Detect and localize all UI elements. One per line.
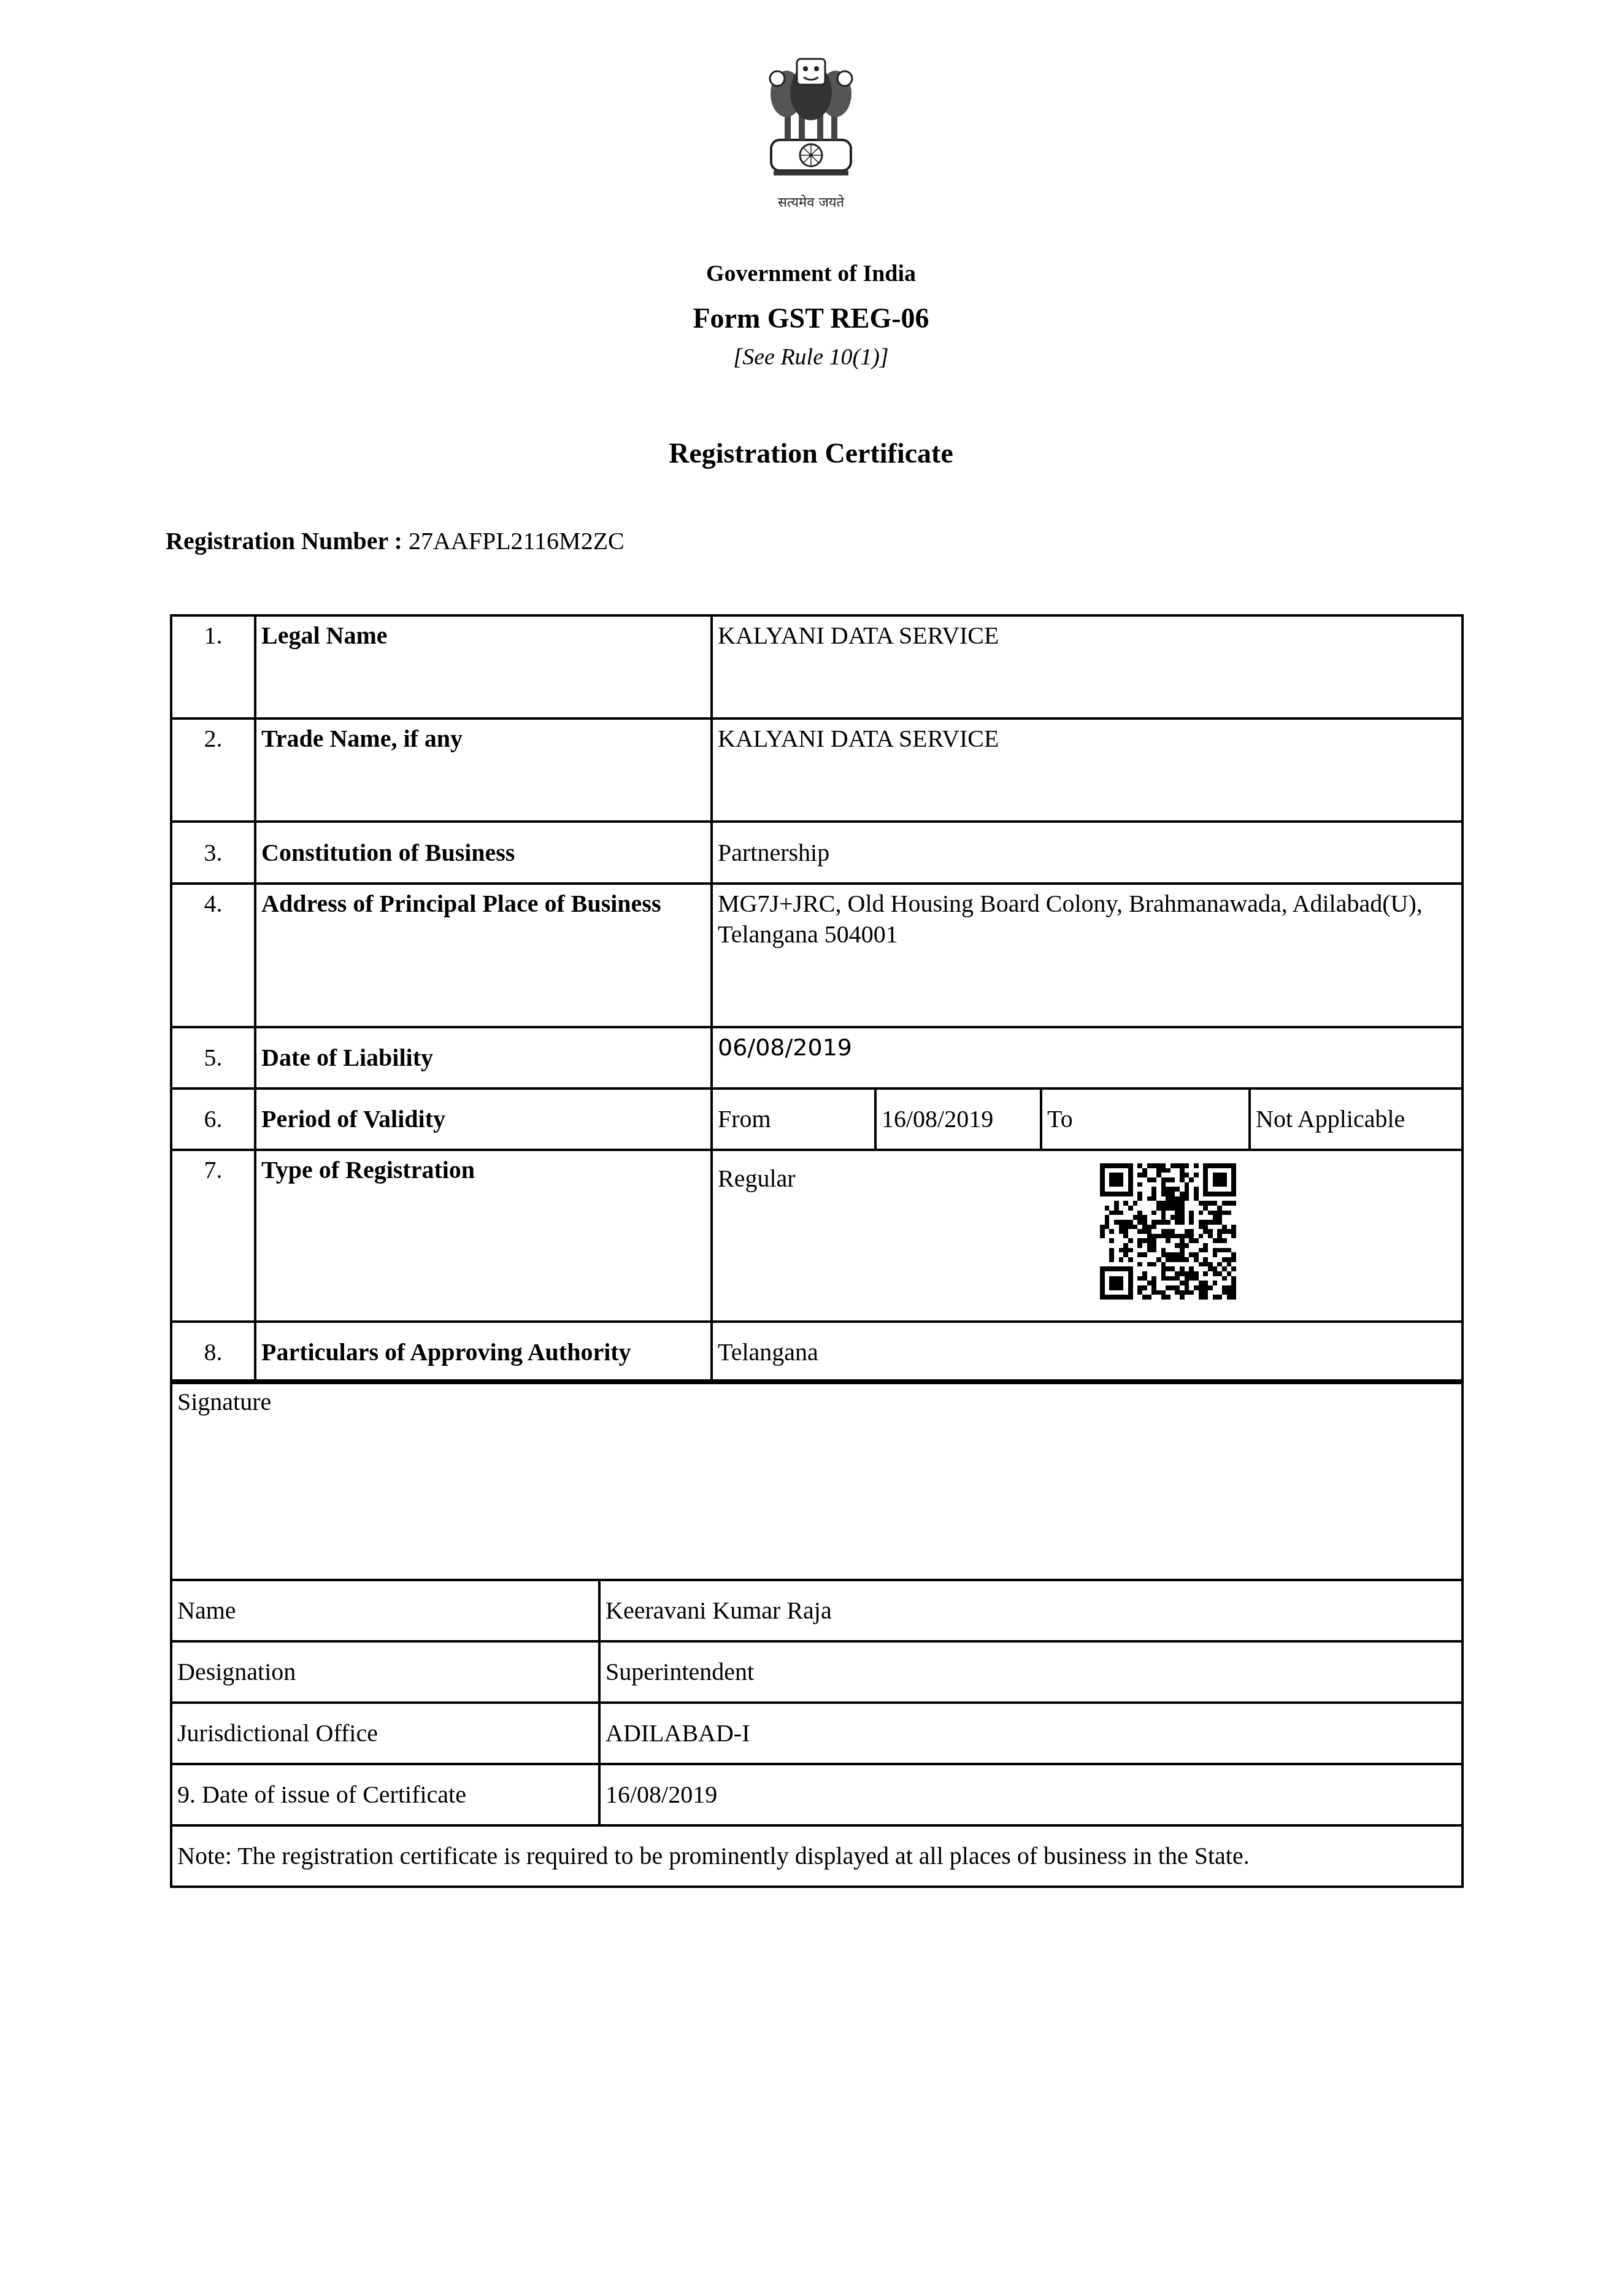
table-row: 2. Trade Name, if any KALYANI DATA SERVI… (171, 718, 1462, 822)
registration-number-label: Registration Number : (166, 527, 402, 555)
registration-number-value: 27AAFPL2116M2ZC (409, 527, 625, 555)
table-row: Jurisdictional Office ADILABAD-I (171, 1703, 1462, 1764)
field-label: Date of Liability (255, 1027, 712, 1088)
table-row: 4. Address of Principal Place of Busines… (171, 884, 1462, 1027)
row-number: 2. (171, 718, 255, 822)
table-row: 3. Constitution of Business Partnership (171, 822, 1462, 884)
table-row: 5. Date of Liability 06/08/2019 (171, 1027, 1462, 1088)
signatory-label: 9. Date of issue of Certificate (171, 1764, 599, 1825)
row-number: 6. (171, 1088, 255, 1150)
national-emblem: सत्यमेव जयते (756, 48, 866, 226)
validity-to-label: To (1041, 1088, 1250, 1150)
approving-authority-value: Telangana (712, 1322, 1462, 1383)
issue-date-value: 16/08/2019 (599, 1764, 1462, 1825)
table-row: 6. Period of Validity From 16/08/2019 To… (171, 1088, 1462, 1150)
row-number: 3. (171, 822, 255, 884)
form-title: Form GST REG-06 (0, 302, 1622, 334)
signatory-label: Jurisdictional Office (171, 1703, 599, 1764)
date-of-liability-value: 06/08/2019 (712, 1027, 1462, 1088)
registration-details-table: 1. Legal Name KALYANI DATA SERVICE 2. Tr… (170, 614, 1464, 1384)
qr-code-icon (1100, 1163, 1236, 1300)
validity-to-value: Not Applicable (1250, 1088, 1462, 1150)
government-heading: Government of India (0, 260, 1622, 287)
row-number: 4. (171, 884, 255, 1027)
row-number: 1. (171, 615, 255, 718)
table-row: 8. Particulars of Approving Authority Te… (171, 1322, 1462, 1383)
field-label: Particulars of Approving Authority (255, 1322, 712, 1383)
rule-reference: [See Rule 10(1)] (0, 344, 1622, 371)
registration-number: Registration Number : 27AAFPL2116M2ZC (166, 526, 625, 555)
signatory-label: Name (171, 1580, 599, 1641)
emblem-motto: सत्यमेव जयते (778, 193, 844, 211)
address-value: MG7J+JRC, Old Housing Board Colony, Brah… (712, 884, 1462, 1027)
validity-from-value: 16/08/2019 (875, 1088, 1041, 1150)
signature-box: Signature (171, 1381, 1462, 1580)
field-label: Legal Name (255, 615, 712, 718)
certificate-title: Registration Certificate (0, 437, 1622, 469)
signatory-name-value: Keeravani Kumar Raja (599, 1580, 1462, 1641)
row-number: 5. (171, 1027, 255, 1088)
trade-name-value: KALYANI DATA SERVICE (712, 718, 1462, 822)
field-label: Period of Validity (255, 1088, 712, 1150)
table-row: Designation Superintendent (171, 1641, 1462, 1703)
field-label: Constitution of Business (255, 822, 712, 884)
registration-type-value: Regular (718, 1155, 1456, 1194)
signatory-label: Designation (171, 1641, 599, 1703)
signatory-table: Signature Name Keeravani Kumar Raja Desi… (170, 1379, 1464, 1888)
qr-code (1100, 1163, 1236, 1300)
field-label: Type of Registration (255, 1150, 712, 1322)
designation-value: Superintendent (599, 1641, 1462, 1703)
table-row: 1. Legal Name KALYANI DATA SERVICE (171, 615, 1462, 718)
validity-from-label: From (712, 1088, 875, 1150)
constitution-value: Partnership (712, 822, 1462, 884)
jurisdictional-office-value: ADILABAD-I (599, 1703, 1462, 1764)
field-label: Trade Name, if any (255, 718, 712, 822)
registration-type-cell: Regular (712, 1150, 1462, 1322)
table-row: 7. Type of Registration Regular (171, 1150, 1462, 1322)
national-emblem-icon (765, 48, 857, 189)
legal-name-value: KALYANI DATA SERVICE (712, 615, 1462, 718)
table-row: 9. Date of issue of Certificate 16/08/20… (171, 1764, 1462, 1825)
table-row: Name Keeravani Kumar Raja (171, 1580, 1462, 1641)
row-number: 8. (171, 1322, 255, 1383)
field-label: Address of Principal Place of Business (255, 884, 712, 1027)
display-note: Note: The registration certificate is re… (171, 1825, 1462, 1887)
row-number: 7. (171, 1150, 255, 1322)
